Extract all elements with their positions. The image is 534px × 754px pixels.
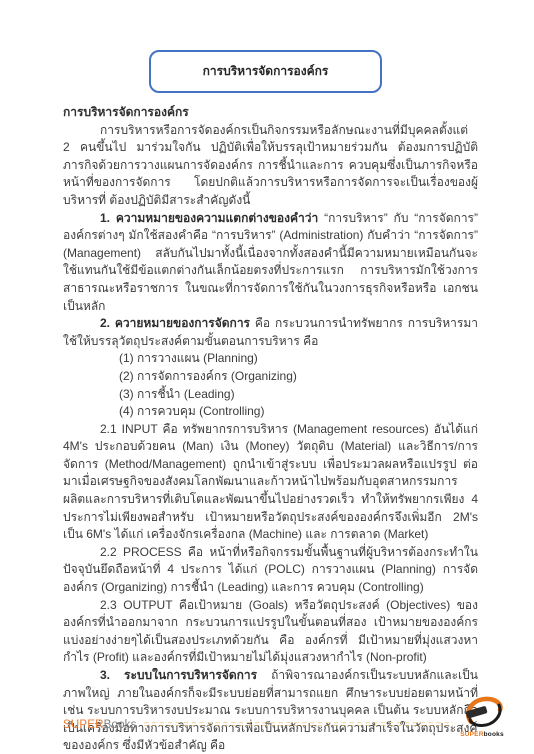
list-item: (1) การวางแผน (Planning) — [63, 350, 478, 368]
item3-lead: 3. ระบบในการบริหารจัดการ — [100, 668, 257, 682]
logo-word-books: books — [484, 731, 504, 738]
section-heading: การบริหารจัดการองค์กร — [63, 104, 478, 122]
superbooks-logo: SUPERbooks — [456, 696, 508, 739]
document-page: การบริหารจัดการองค์กร การบริหารจัดการองค… — [0, 0, 534, 754]
sub21-text: 2.1 INPUT คือ ทรัพยากรการบริหาร (Managem… — [63, 422, 478, 542]
footer-divider: ========================================… — [144, 720, 453, 730]
footer-brand-super: SUPER — [63, 719, 104, 731]
footer-brand: SUPERBooks — [63, 719, 137, 731]
list-item: (2) การจัดการองค์กร (Organizing) — [63, 368, 478, 386]
item2-lead: 2. ควายหมายของการจัดการ — [100, 316, 250, 330]
title-box-label: การบริหารจัดการองค์กร — [203, 62, 329, 81]
paragraph-intro: การบริหารหรือการจัดองค์กรเป็นกิจกรรมหรือ… — [63, 122, 478, 210]
paragraph-intro-text: การบริหารหรือการจัดองค์กรเป็นกิจกรรมหรือ… — [63, 123, 478, 207]
document-body: การบริหารจัดการองค์กร การบริหารหรือการจั… — [63, 104, 478, 754]
paragraph-sub23: 2.3 OUTPUT คือเป้าหมาย (Goals) หรือวัตถุ… — [63, 597, 478, 667]
management-steps-list: (1) การวางแผน (Planning) (2) การจัดการอง… — [63, 350, 478, 420]
item1-text: “การบริหาร” กับ “การจัดการ” องค์กรต่างๆ … — [63, 211, 478, 313]
footer-brand-books: Books — [104, 719, 137, 731]
paragraph-item3: 3. ระบบในการบริหารจัดการ ถ้าพิจารณาองค์ก… — [63, 667, 478, 754]
list-item: (4) การควบคุม (Controlling) — [63, 403, 478, 421]
title-box: การบริหารจัดการองค์กร — [149, 50, 382, 93]
sub22-text: 2.2 PROCESS คือ หน้าที่หรือกิจกรรมขั้นพื… — [63, 545, 478, 594]
paragraph-item2: 2. ควายหมายของการจัดการ คือ กระบวนการนำท… — [63, 315, 478, 350]
sub23-text: 2.3 OUTPUT คือเป้าหมาย (Goals) หรือวัตถุ… — [63, 598, 478, 665]
item1-lead: 1. ความหมายของความแตกต่างของคำว่า — [100, 211, 318, 225]
superbooks-swoosh-icon — [459, 715, 505, 732]
superbooks-wordmark: SUPERbooks — [456, 732, 508, 739]
paragraph-item1: 1. ความหมายของความแตกต่างของคำว่า “การบร… — [63, 210, 478, 316]
logo-word-super: SUPER — [460, 731, 483, 738]
paragraph-sub22: 2.2 PROCESS คือ หน้าที่หรือกิจกรรมขั้นพื… — [63, 544, 478, 597]
list-item: (3) การชี้นำ (Leading) — [63, 386, 478, 404]
paragraph-sub21: 2.1 INPUT คือ ทรัพยากรการบริหาร (Managem… — [63, 421, 478, 544]
page-footer: SUPERBooks =============================… — [63, 719, 453, 731]
